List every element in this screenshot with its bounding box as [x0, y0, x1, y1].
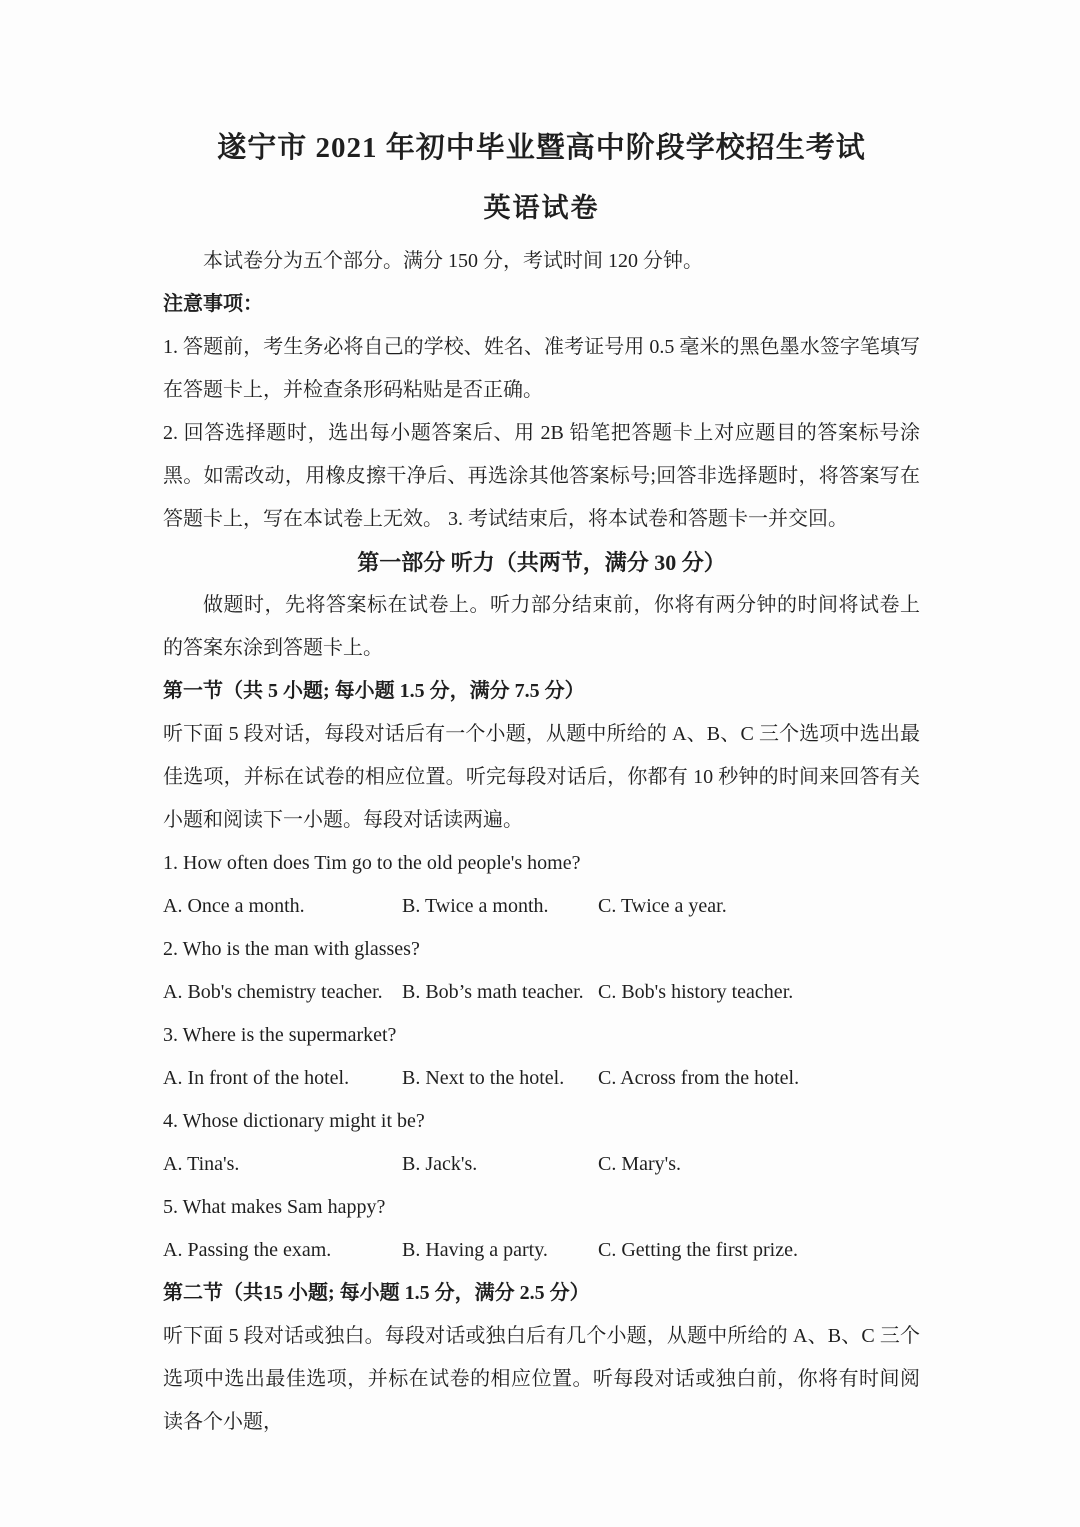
option-a: A. In front of the hotel. [163, 1057, 396, 1100]
option-a: A. Bob's chemistry teacher. [163, 971, 396, 1014]
exam-paper-page: 遂宁市 2021 年初中毕业暨高中阶段学校招生考试 英语试卷 本试卷分为五个部分… [0, 0, 1080, 1527]
option-c: C. Across from the hotel. [598, 1057, 920, 1100]
question-text: 3. Where is the supermarket? [163, 1014, 920, 1057]
exam-subtitle: 英语试卷 [163, 190, 920, 226]
option-b: B. Twice a month. [402, 885, 592, 928]
option-b: B. Next to the hotel. [402, 1057, 592, 1100]
question-4: 4. Whose dictionary might it be? A. Tina… [163, 1100, 920, 1186]
options-row: A. Bob's chemistry teacher. B. Bob’s mat… [163, 971, 920, 1014]
question-3: 3. Where is the supermarket? A. In front… [163, 1014, 920, 1100]
question-5: 5. What makes Sam happy? A. Passing the … [163, 1186, 920, 1272]
options-row: A. Passing the exam. B. Having a party. … [163, 1229, 920, 1272]
options-row: A. Tina's. B. Jack's. C. Mary's. [163, 1143, 920, 1186]
section1-heading: 第一节（共 5 小题; 每小题 1.5 分，满分 7.5 分） [163, 670, 920, 713]
question-text: 5. What makes Sam happy? [163, 1186, 920, 1229]
question-text: 4. Whose dictionary might it be? [163, 1100, 920, 1143]
option-c: C. Twice a year. [598, 885, 920, 928]
exam-intro: 本试卷分为五个部分。满分 150 分，考试时间 120 分钟。 [163, 240, 920, 283]
option-c: C. Mary's. [598, 1143, 920, 1186]
note-item-2: 2. 回答选择题时，选出每小题答案后、用 2B 铅笔把答题卡上对应题目的答案标号… [163, 412, 920, 541]
note-item-1: 1. 答题前，考生务必将自己的学校、姓名、准考证号用 0.5 毫米的黑色墨水签字… [163, 326, 920, 412]
option-c: C. Getting the first prize. [598, 1229, 920, 1272]
question-text: 2. Who is the man with glasses? [163, 928, 920, 971]
exam-title: 遂宁市 2021 年初中毕业暨高中阶段学校招生考试 [163, 128, 920, 168]
question-2: 2. Who is the man with glasses? A. Bob's… [163, 928, 920, 1014]
notes-heading: 注意事项： [163, 283, 920, 326]
option-b: B. Bob’s math teacher. [402, 971, 592, 1014]
options-row: A. In front of the hotel. B. Next to the… [163, 1057, 920, 1100]
question-text: 1. How often does Tim go to the old peop… [163, 842, 920, 885]
section2-intro: 听下面 5 段对话或独白。每段对话或独白后有几个小题，从题中所给的 A、B、C … [163, 1315, 920, 1444]
question-1: 1. How often does Tim go to the old peop… [163, 842, 920, 928]
option-a: A. Tina's. [163, 1143, 396, 1186]
section2-heading: 第二节（共15 小题; 每小题 1.5 分，满分 2.5 分） [163, 1272, 920, 1315]
section1-intro: 听下面 5 段对话，每段对话后有一个小题，从题中所给的 A、B、C 三个选项中选… [163, 713, 920, 842]
option-b: B. Having a party. [402, 1229, 592, 1272]
option-b: B. Jack's. [402, 1143, 592, 1186]
options-row: A. Once a month. B. Twice a month. C. Tw… [163, 885, 920, 928]
option-a: A. Once a month. [163, 885, 396, 928]
option-a: A. Passing the exam. [163, 1229, 396, 1272]
part1-intro: 做题时，先将答案标在试卷上。听力部分结束前，你将有两分钟的时间将试卷上的答案东涂… [163, 584, 920, 670]
option-c: C. Bob's history teacher. [598, 971, 920, 1014]
part1-heading: 第一部分 听力（共两节，满分 30 分） [163, 541, 920, 584]
